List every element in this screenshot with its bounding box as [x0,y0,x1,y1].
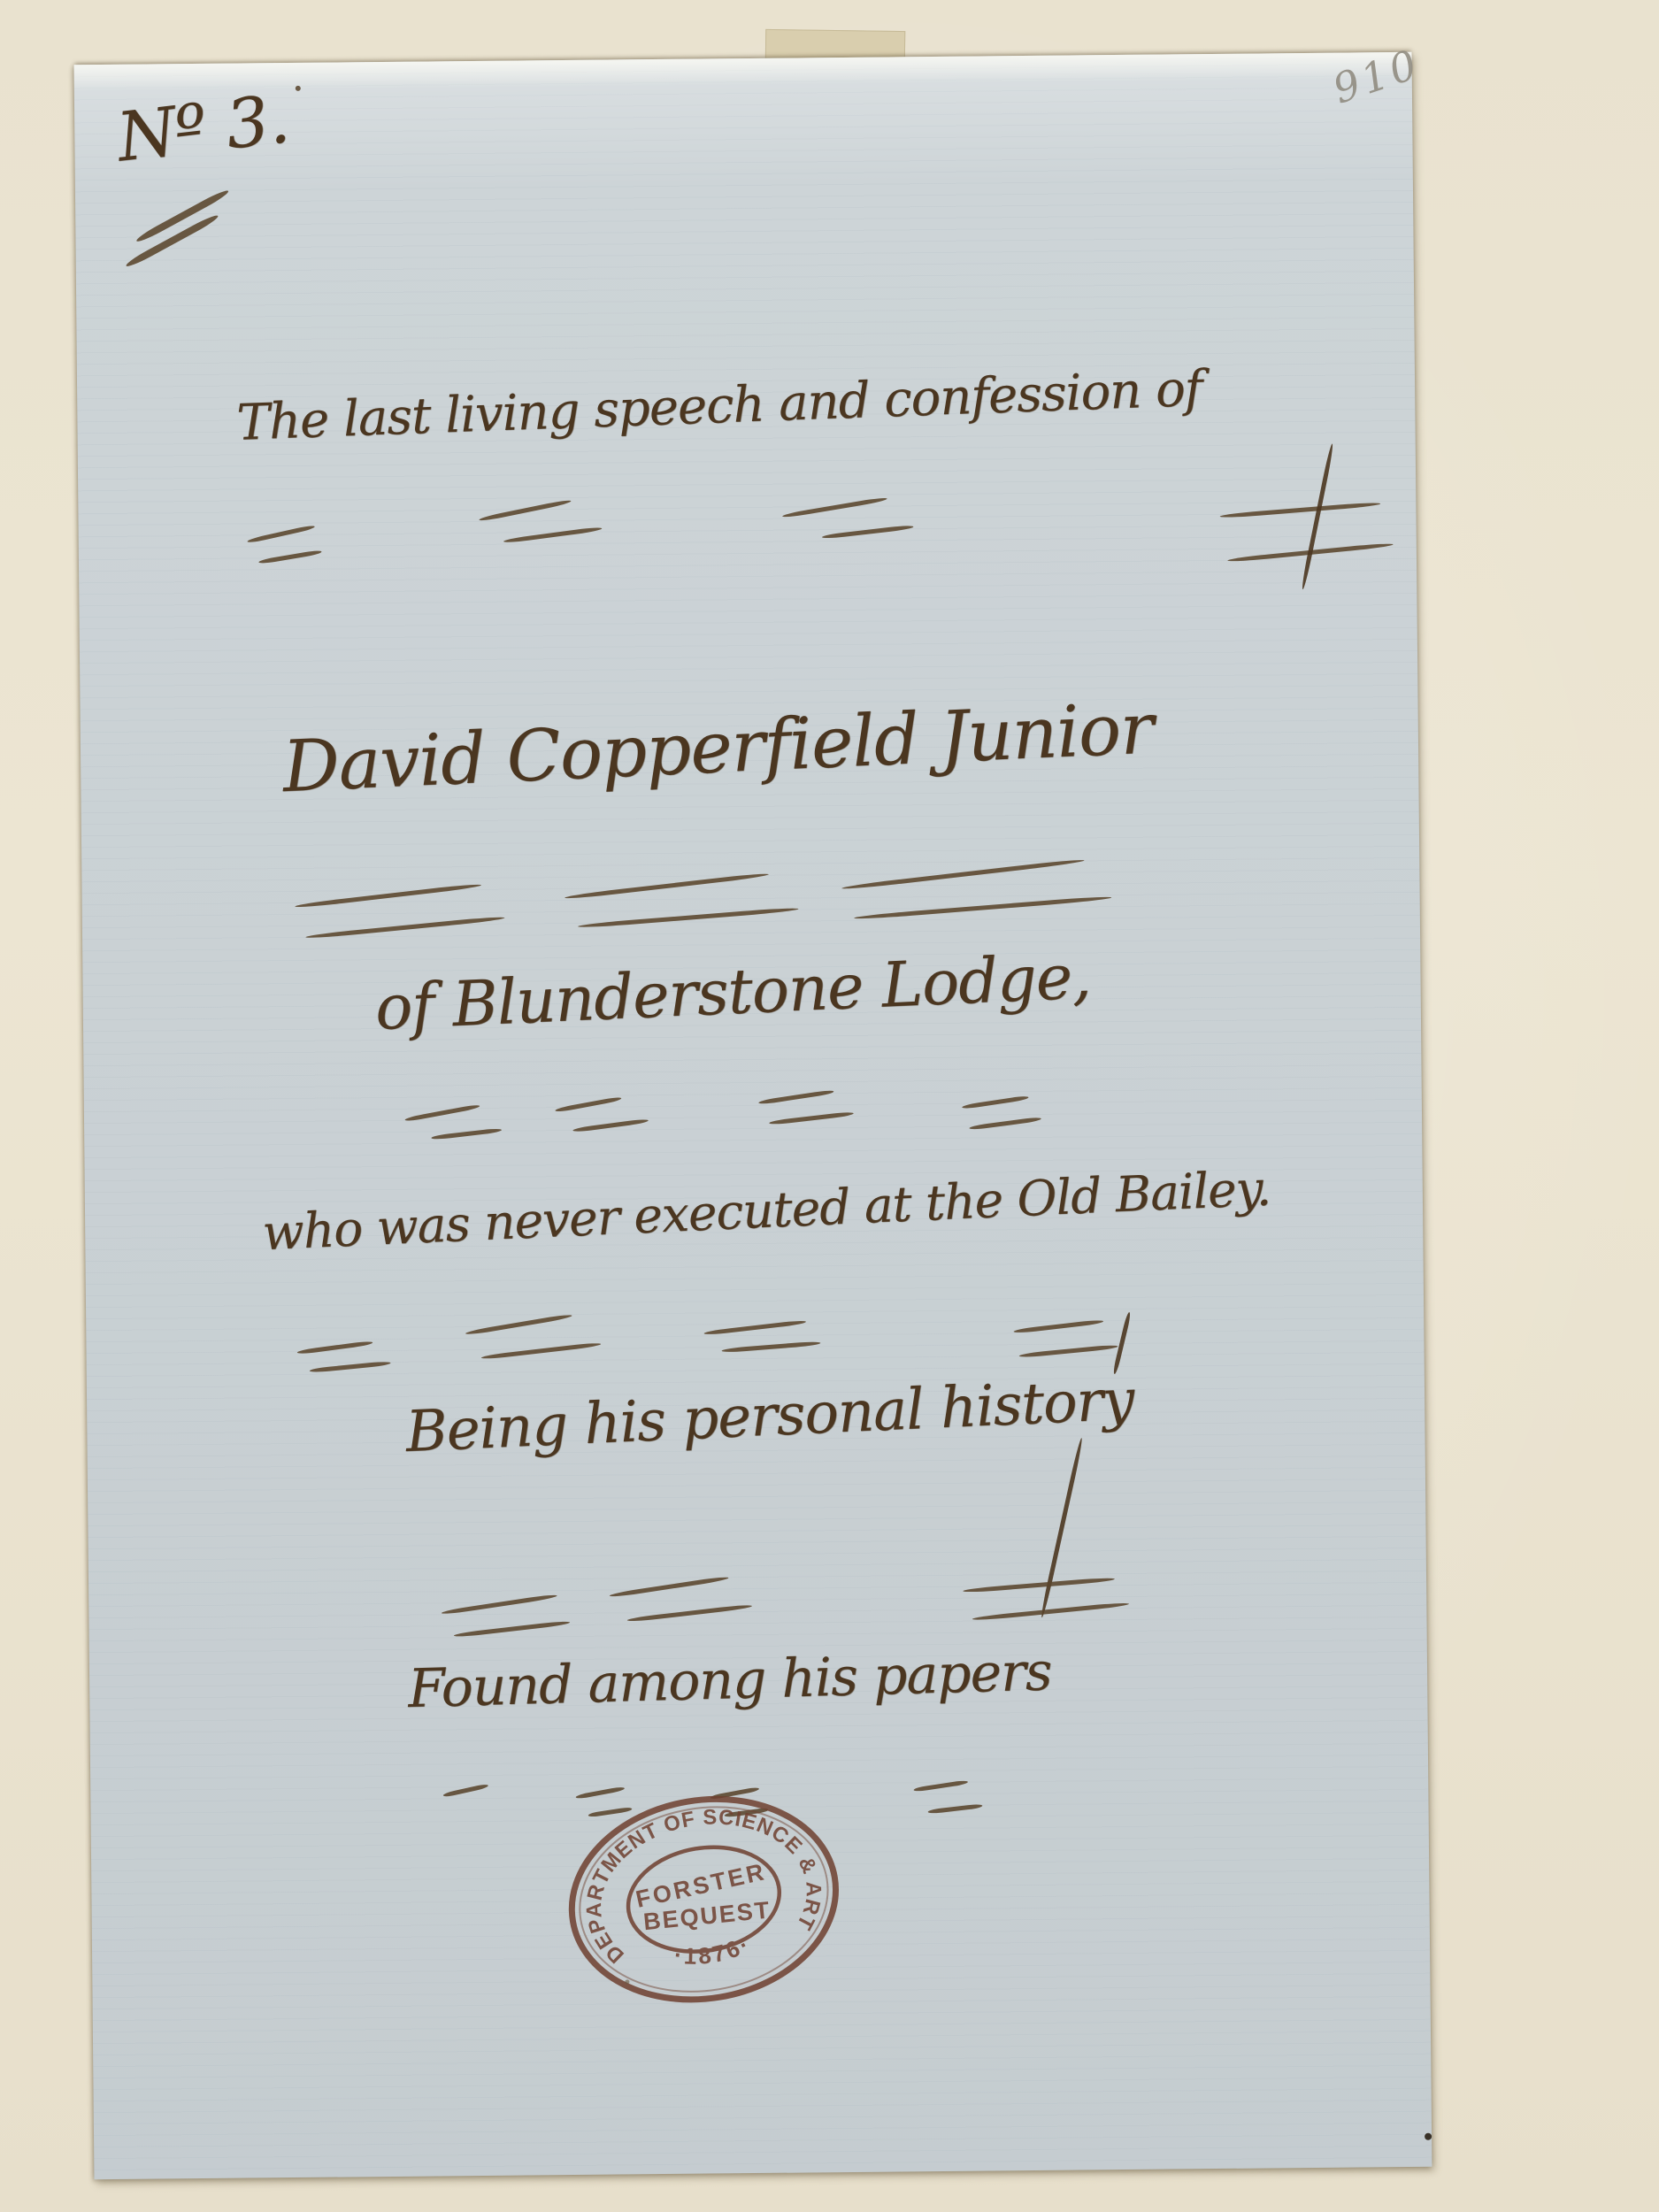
underline-flourish [247,525,315,544]
manuscript-line-2: David Copperfield Junior [280,687,1155,809]
underline-flourish [963,1577,1115,1594]
underline-flourish [310,1361,391,1373]
paper-speck [625,1979,629,1984]
underline-flourish [721,1340,820,1353]
underline-flourish [479,499,572,522]
paper-speck [296,86,301,91]
manuscript-photo: 910 Nº 3. The last living speech and con… [0,0,1659,2212]
underline-flourish [442,1594,557,1616]
underline-flourish [578,907,799,929]
underline-flourish [609,1576,728,1598]
manuscript-line-5: Being his personal history [404,1368,1135,1466]
underline-flourish [258,549,322,565]
descender-flourish [1112,1311,1132,1374]
underline-flourish [703,1319,806,1335]
underline-flourish [465,1313,572,1335]
underline-flourish [841,858,1085,890]
underline-flourish [431,1128,502,1141]
stamp-year: ·1876· [668,1929,757,1975]
underline-flourish [572,1118,649,1133]
manuscript-line-4: who was never executed at the Old Bailey… [261,1160,1271,1262]
paper-speck [1425,2133,1432,2140]
underline-flourish [297,1340,373,1355]
underline-flourish [1019,1344,1118,1358]
underline-flourish [404,1104,480,1123]
manuscript-page: 910 Nº 3. The last living speech and con… [74,52,1432,2179]
svg-text:·1876·: ·1876· [668,1929,757,1975]
underline-flourish [1013,1319,1103,1334]
manuscript-line-6: Found among his papers [407,1640,1052,1720]
underline-flourish [769,1111,854,1125]
descender-flourish [1040,1438,1084,1618]
manuscript-line-3: of Blunderstone Lodge, [373,940,1092,1044]
underline-flourish [565,872,769,900]
underline-flourish [962,1095,1029,1110]
item-number-label: Nº 3. [113,79,293,177]
underline-flourish [627,1604,753,1623]
underline-flourish [969,1117,1041,1131]
underline-flourish [758,1089,834,1105]
underline-flourish [927,1803,982,1814]
underline-flourish [1220,502,1381,518]
underline-flourish [913,1779,968,1792]
underline-flourish [854,895,1111,920]
forster-bequest-stamp: DEPARTMENT OF SCIENCE & ART ·1876· FORST… [534,1755,875,2045]
underline-flourish [822,525,914,540]
underline-flourish [454,1620,571,1638]
underline-flourish [972,1601,1130,1621]
underline-flourish [442,1784,488,1798]
underline-flourish [295,883,481,909]
underline-flourish [481,1342,602,1360]
pencil-folio-number: 910 [1327,40,1426,113]
underline-flourish [503,526,603,544]
descender-flourish [1301,443,1334,590]
manuscript-line-1: The last living speech and confession of [235,360,1202,452]
underline-flourish [555,1096,622,1113]
underline-flourish [782,496,887,518]
underline-flourish [305,916,504,940]
